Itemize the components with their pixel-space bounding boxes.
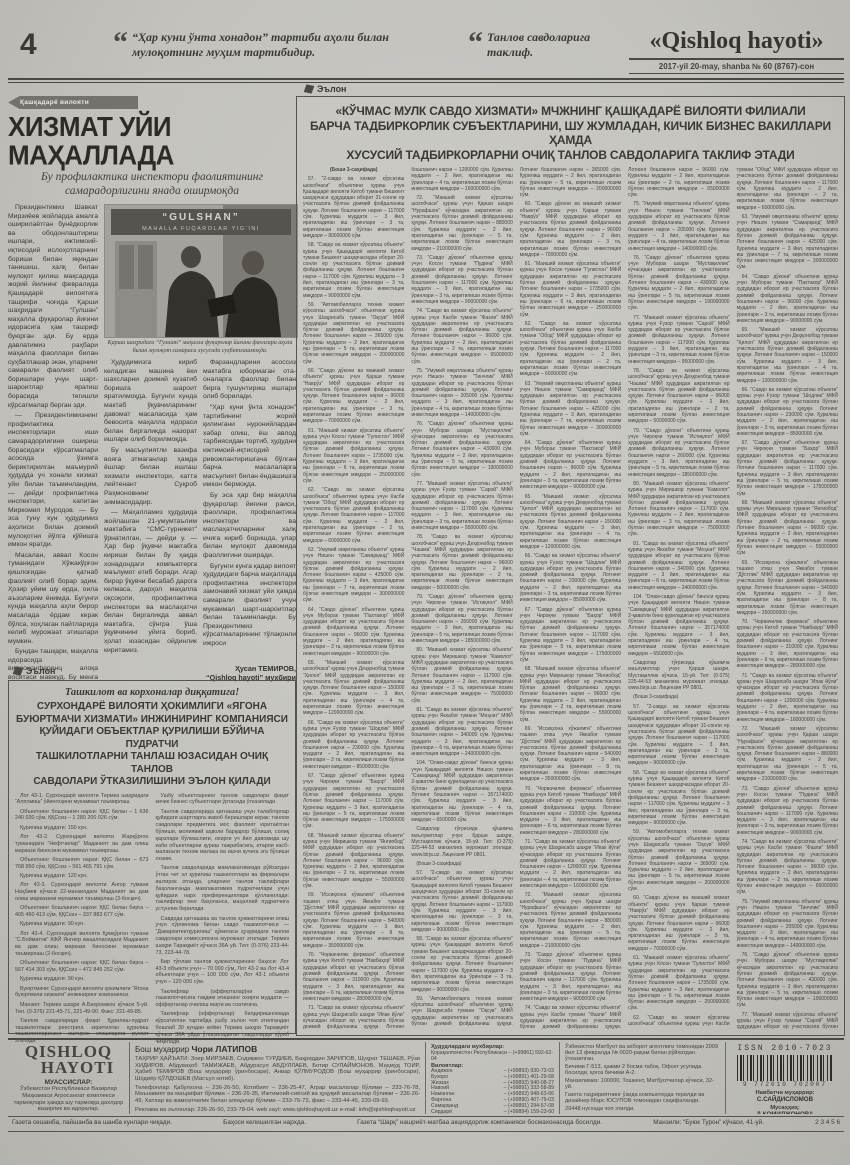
body-paragraph: 62. “Савдо ва хизмат кўрсатиш шохобчаси”…: [303, 487, 404, 544]
masthead: «Qishloq hayoti» 2017-yil 20-may, shanba…: [629, 28, 844, 74]
left-article: Қашқадарё вилояти ХИЗМАТ УЙИ МАҲАЛЛАДА Б…: [8, 96, 296, 662]
body-paragraph: 74. “Савдо ва хизмат кўрсатиш объекти” қ…: [737, 839, 838, 896]
header-rule: [8, 78, 844, 83]
body-paragraph: Лот 43-1. Сурхондарё вилояти Термиз шаҳр…: [15, 793, 149, 807]
body-paragraph: (Боши 3-саҳифада): [411, 861, 512, 867]
body-paragraph: 81. “Савдо ва хизмат кўрсатиш объекти” қ…: [628, 541, 729, 591]
body-paragraph: Танлов савдоларида фақат Қурилиш-пудрат …: [15, 1018, 149, 1045]
page-number: 4: [20, 28, 37, 62]
body-paragraph: 69. “Иссиқхона хўжалиги” объектини ташки…: [737, 560, 838, 617]
article-body: Президентимиз Шавкат Мирзиёев жойларда а…: [8, 204, 296, 682]
region-kicker: Қашқадарё вилояти: [8, 96, 138, 109]
article-subtitle: Бу профилактика инспектори фаолиятининг …: [14, 171, 290, 198]
body-paragraph: 61. “Маиший хизмат кўрсатиш объекти” қур…: [303, 428, 404, 485]
body-paragraph: 76. “Савдо дўкони” объектини қуриш учун …: [628, 255, 729, 312]
body-paragraph: 73. “Савдо дўкони” объектини қуриш учун …: [520, 952, 621, 1002]
body-paragraph: Бу масъулиятли вазифа вояга этмаганлар ҳ…: [104, 447, 197, 507]
barcode-digits: 9 772010 702007: [731, 1081, 839, 1088]
region-row: Сирдарё– (+99894) 159-23-60: [431, 1110, 554, 1114]
tender-title-line-2: БУЮРТМАЧИ ХИЗМАТИ» ИНЖИНИРИНГ КОМПАНИЯСИ: [15, 714, 289, 727]
body-paragraph: 77. “Маиший хизмат кўрсатиш объекти” қур…: [628, 315, 729, 365]
author-name: Ҳусан ТЕМИРОВ,: [104, 664, 296, 673]
tender-notice: Ташкилот ва корхоналар диққатига!: [15, 687, 289, 698]
tender-title-line-5: САВДОЛАРИ ЎТКАЗИЛИШИНИ ЭЪЛОН ҚИЛАДИ: [15, 776, 289, 789]
body-paragraph: 80. “Маиший хизмат кўрсатиш объекти” қур…: [628, 481, 729, 538]
editorial-board: ТАҲРИР ҲАЙЪАТИ: Зоир МИРЗАЕВ, Содиқжон Т…: [135, 1056, 420, 1082]
tender-title-line-1: СУРХОНДАРЁ ВИЛОЯТИ ҲОКИМЛИГИ «ЯГОНА: [15, 701, 289, 714]
body-paragraph: 67. “Савдо дўкони” объектини қуриш учун …: [303, 773, 404, 830]
strip-segment: Манзили: “Буюк Турон” кўчаси, 41-уй.: [649, 1119, 768, 1126]
body-paragraph: 72. “Маиший хизмат кўрсатиш шохобчаси” қ…: [411, 195, 512, 252]
body-paragraph: Ҳудудимизга кириб келадиган машина ёки ш…: [104, 359, 197, 445]
footer-rule: [8, 1038, 844, 1040]
body-paragraph: 60. “Савдо дўкони ва маиший хизмат объек…: [520, 201, 621, 258]
body-paragraph: 66. “Савдо ва хизмат кўрсатиш объекти” қ…: [520, 553, 621, 603]
footer-logo-block: QISHLOQ HAYOTI МУАССИСЛАР: Ўзбекистон Ре…: [8, 1042, 130, 1114]
duty-editor-name: С.САЙДИСЛОМОВ: [731, 1096, 839, 1103]
ads-line: Реклама ва эълонлар: 236-26-50, 233-78-0…: [135, 1107, 255, 1113]
body-paragraph: 72. “Маиший хизмат кўрсатиш шохобчаси” қ…: [520, 892, 621, 949]
body-paragraph: 79. “Савдо дўкони” объектини қуриш учун …: [628, 428, 729, 478]
body-paragraph: Бир тўплам танлов ҳужжатларининг баҳоси:…: [156, 959, 290, 986]
publication-info-line: 29448 нусхада чоп этилди.: [565, 1106, 720, 1112]
body-paragraph: Ушбу объектларнинг танлов савдолари фақа…: [156, 793, 290, 807]
body-paragraph: Қурилиш муддати: 90 кун.: [15, 976, 149, 983]
body-paragraph: 68. “Маиший хизмат кўрсатиш объекти” қур…: [520, 666, 621, 723]
auction-announcement-box: «КЎЧМАС МУЛК САВДО ХИЗМАТИ» МЧЖНИНГ ҚАШҚ…: [296, 96, 845, 1036]
header-quote-2: “ Танлов савдоларига таклиф.: [468, 30, 638, 60]
body-paragraph: Масалан, аввал Косон туманидаги Хўжакўрғ…: [8, 552, 98, 647]
body-paragraph: Буюртмачи: Сурхондарё вилояти ҳокимлиги …: [15, 986, 149, 1000]
body-paragraph: 57. “2-савдо ва хизмат кўрсатиш шохобчас…: [303, 176, 404, 239]
body-paragraph: 70. “Чорвачилик фермаси” объектини қуриш…: [303, 952, 404, 1002]
body-paragraph: 73. “Савдо дўкони” объектини қуриш учун …: [737, 786, 838, 836]
body-paragraph: Танлов савдоларида мамлакатимизда рўйхат…: [156, 865, 290, 913]
auction-title-line-2: БАРЧА ТАДБИРКОРЛИК СУБЪЕКТЛАРИНИ, ШУ ЖУМ…: [303, 119, 838, 148]
body-paragraph: 62. “Савдо ва хизмат кўрсатиш шохобчаси”…: [520, 321, 621, 378]
body-paragraph: Лот 43-3. Сурхондарё вилояти Ангор туман…: [15, 882, 149, 902]
body-paragraph: 63. “Умумий овқатланиш объекти” қуриш уч…: [737, 214, 838, 271]
tender-lot-columns: Лот 43-1. Сурхондарё вилояти Термиз шаҳр…: [15, 793, 289, 1051]
body-paragraph: Савдолар тўғрисида қўшимча маълумотлар у…: [411, 826, 512, 857]
body-paragraph: 64. “Савдо дўкони” объектини қуриш учун …: [737, 274, 838, 324]
body-paragraph: 104. “Олам-савдо дўкони” биноси қуриш уч…: [628, 594, 729, 657]
editor-line: Бош муҳаррир Чори ЛАТИПОВ: [135, 1044, 420, 1054]
issn-number: ISSN 2010-7023: [731, 1044, 839, 1053]
elon-icon: [13, 666, 24, 675]
body-paragraph: “Ҳар куни ўнта хонадон” тартибининг жори…: [203, 404, 296, 490]
body-paragraph: 70. “Чорвачилик фермаси” объектини қуриш…: [737, 619, 838, 669]
body-paragraph: 78. “Савдо ва хизмат кўрсатиш шохобчаси”…: [411, 534, 512, 591]
newspaper-logo: HAYOTI: [31, 1060, 124, 1076]
body-paragraph: — Президентимизнинг профилактика инспект…: [8, 412, 98, 550]
auction-title-line-1: «КЎЧМАС МУЛК САВДО ХИЗМАТИ» МЧЖНИНГ ҚАШҚ…: [303, 104, 838, 119]
founders-label: МУАССИСЛАР:: [13, 1079, 124, 1086]
publication-info-line: Ўзбекистон Матбуот ва ахборот агентлиги …: [565, 1044, 720, 1063]
body-paragraph: Савдода қатнашиш ва танлов ҳужжатларини …: [156, 916, 290, 957]
strip-segment: Газета сешанба, пайшанба ва шанба кунлар…: [8, 1119, 176, 1126]
newspaper-page: 4 “ “Ҳар куни ўнта хонадон” тартиби аҳол…: [0, 0, 850, 1165]
body-paragraph: 58. “Савдо ва хизмат кўрсатиш объекти” қ…: [303, 242, 404, 299]
body-paragraph: (Боши 3-саҳифада): [303, 167, 404, 173]
edition-info: 2017-yil 20-may, shanba № 60 (8767)-сон: [629, 60, 844, 74]
photo-illustration: “GULSHAN” MAHALLA FUQAROLAR YIG‘INI: [105, 205, 297, 337]
strip-segment: Баҳоси келишилган нархда.: [219, 1119, 310, 1126]
tender-announcement-box: Ташкилот ва корхоналар диққатига! СУРХОН…: [8, 680, 296, 1034]
body-paragraph: Қурилиш муддати: 120 кун.: [15, 873, 149, 880]
body-paragraph: 59. “Автомобилларга техник хизмат кўрсат…: [628, 829, 729, 892]
body-paragraph: Президентимиз Шавкат Мирзиёев жойларда а…: [8, 204, 98, 410]
body-paragraph: 75. “Умумий овқатланиш объекти” қуриш уч…: [411, 368, 512, 418]
article-columns-2-3: Ҳудудимизга кириб келадиган машина ёки ш…: [104, 359, 296, 661]
body-paragraph: Таклифлар (офферталар)ни савдо ташкилотч…: [156, 989, 290, 1009]
publication-info-line: Манзилимиз: 100000, Тошкент, Матбуотчила…: [565, 1078, 720, 1090]
body-paragraph: 71. “Савдо ва хизмат кўрсатиш объекти” қ…: [737, 673, 838, 723]
body-paragraph: 60. “Савдо дўкони ва маиший хизмат объек…: [628, 895, 729, 952]
body-paragraph: 68. “Маиший хизмат кўрсатиш объекти” қур…: [737, 500, 838, 557]
barcode: [737, 1055, 833, 1081]
editor-name: Чори ЛАТИПОВ: [191, 1044, 257, 1054]
elon-label-left: Эълон: [14, 666, 56, 676]
auction-title-line-3: ХУСУСИЙ ТАДБИРКОРЛАРНИ ОЧИҚ ТАНЛОВ САВДО…: [303, 148, 838, 163]
quote-mark-icon: “: [113, 30, 128, 60]
photo-sign-line-1: “GULSHAN”: [162, 212, 239, 223]
strip-segment: 2 3 4 5 6: [811, 1119, 844, 1126]
body-paragraph: Таклифлар (офферталар) билдиришномада кў…: [156, 1011, 290, 1045]
page-header: 4 “ “Ҳар куни ўнта хонадон” тартиби аҳол…: [8, 28, 844, 76]
auction-lot-columns: (Боши 3-саҳифада)57. “2-савдо ва хизмат …: [303, 167, 838, 1033]
tender-title-line-3: ҚУЙИДАГИ ОБЪЕКТЛАР ҚУРИЛИШИ БЎЙИЧА ПУДРА…: [15, 726, 289, 751]
founders-text: Ўзбекистон Республикаси Вазирлар Маҳкама…: [13, 1086, 124, 1113]
body-paragraph: 57. “2-савдо ва хизмат кўрсатиш шохобчас…: [411, 870, 512, 933]
header-quote-1-text: “Ҳар куни ўнта хонадон” тартиби аҳоли би…: [132, 30, 453, 60]
body-paragraph: 66. “Савдо ва хизмат кўрсатиш объекти” қ…: [737, 387, 838, 437]
body-paragraph: 71. “Савдо ва хизмат кўрсатиш объекти” қ…: [520, 839, 621, 889]
body-paragraph: 64. “Савдо дўкони” объектини қуриш учун …: [520, 440, 621, 490]
website-link[interactable]: web sayt: www.qishloqhayoti.uz: [257, 1107, 339, 1113]
article-headline: ХИЗМАТ УЙИ МАҲАЛЛАДА: [8, 113, 296, 170]
body-paragraph: 78. “Савдо ва хизмат кўрсатиш шохобчаси”…: [628, 368, 729, 425]
article-column-1: Президентимиз Шавкат Мирзиёев жойларда а…: [8, 204, 98, 682]
body-paragraph: 76. “Савдо дўкони” объектини қуриш учун …: [737, 952, 838, 1009]
footer-regions-block: Ҳудудлардаги мухбирлар: Қорақалпоғистон …: [426, 1042, 560, 1114]
header-quote-2-text: Танлов савдоларига таклиф.: [487, 30, 638, 60]
body-paragraph: 64. “Савдо дўкони” объектини қуриш учун …: [303, 607, 404, 657]
body-paragraph: 69. “Иссиқхона хўжалиги” объектини ташки…: [520, 726, 621, 783]
karakalpak-line: Қорақалпоғистон Республикаси – (+99861) …: [431, 1050, 554, 1062]
body-paragraph: Манзил: Термиз шаҳри А.Бахромжон кўчаси …: [15, 1002, 149, 1016]
body-paragraph: 63. “Умумий овқатланиш объекти” қуриш уч…: [303, 547, 404, 604]
body-paragraph: 58. “Савдо ва хизмат кўрсатиш объекти” қ…: [411, 936, 512, 993]
body-paragraph: Қурилиш муддати: 150 кун.: [15, 825, 149, 832]
body-paragraph: Объектнинг бошланғич нархи: ҚҚС билан би…: [15, 960, 149, 974]
strip-segment: Газета “Шарқ” нашриёт-матбаа акциядорлик…: [353, 1119, 606, 1126]
editor-label: Бош муҳаррир: [135, 1045, 189, 1054]
kicker-label: Қашқадарё вилояти: [20, 99, 89, 106]
footer-issn-block: ISSN 2010-7023 9 772010 702007 Навбатчи …: [726, 1042, 844, 1114]
body-paragraph: 67. “Савдо дўкони” объектини қуриш учун …: [737, 440, 838, 497]
proofreader-name: Д.КОМИЛЖОНОВА: [731, 1111, 839, 1114]
body-paragraph: Лот 43-2. Сурхондарё вилояти Жарқўрғон т…: [15, 834, 149, 854]
body-paragraph: — Маҳалламиз ҳудудида жойлашган 21-умумт…: [104, 509, 197, 655]
body-paragraph: Танлов савдоларида қатнашиш учун талабго…: [156, 809, 290, 863]
tender-title-line-4: ТАШКИЛОТЛАРНИ ТАНЛАШ ЮЗАСИДАН ОЧИҚ ТАНЛО…: [15, 751, 289, 776]
body-paragraph: Бу эса ҳар бир маҳалла фуқаролар йиғини …: [203, 492, 296, 561]
strip-rule-top: [8, 1116, 844, 1117]
body-paragraph: 61. “Маиший хизмат кўрсатиш объекти” қур…: [520, 261, 621, 318]
body-paragraph: 58. “Савдо ва хизмат кўрсатиш объекти” қ…: [628, 770, 729, 827]
body-paragraph: (Боши 3-саҳифада): [628, 694, 729, 700]
elon-label-text: Эълон: [26, 666, 56, 676]
body-paragraph: 72. “Маиший хизмат кўрсатиш шохобчаси” қ…: [737, 726, 838, 783]
body-paragraph: 81. “Савдо ва хизмат кўрсатиш объекти” қ…: [411, 707, 512, 757]
body-paragraph: 63. “Умумий овқатланиш объекти” қуриш уч…: [520, 381, 621, 438]
body-paragraph: Фарзандларини асоссиз мактабга юбормаган…: [203, 359, 296, 402]
elon-label-text: Эълон: [317, 84, 347, 94]
phone-list: Телефонлар: Қабулхона – 236-26-50, Котиб…: [135, 1085, 420, 1105]
body-paragraph: 74. “Савдо ва хизмат кўрсатиш объекти” қ…: [411, 308, 512, 365]
body-paragraph: 60. “Савдо дўкони ва маиший хизмат объек…: [303, 368, 404, 425]
body-paragraph: Савдолар тўғрисида қўшимча маълумотлар у…: [628, 660, 729, 691]
body-paragraph: 79. “Савдо дўкони” объектини қуриш учун …: [411, 594, 512, 644]
body-paragraph: 104. “Олам-савдо дўкони” биноси қуриш уч…: [411, 760, 512, 823]
body-paragraph: 59. “Автомобилларга техник хизмат кўрсат…: [303, 302, 404, 365]
body-paragraph: 75. “Умумий овқатланиш объекти” қуриш уч…: [737, 899, 838, 949]
body-paragraph: 73. “Савдо дўкони” объектини қуриш учун …: [411, 255, 512, 305]
body-paragraph: Объектнинг бошланғич нархи: ҚҚС билан – …: [15, 809, 149, 823]
email-link[interactable]: e-mail: info@qishloqhayoti.uz: [340, 1107, 416, 1113]
footer-editorial-block: Бош муҳаррир Чори ЛАТИПОВ ТАҲРИР ҲАЙЪАТИ…: [130, 1042, 426, 1114]
article-photo: “GULSHAN” MAHALLA FUQAROLAR YIG‘INI: [104, 204, 298, 338]
photo-caption: Қарши шаҳридаги “Гулшан” маҳалла фуқарол…: [104, 340, 296, 355]
footer: QISHLOQ HAYOTI МУАССИСЛАР: Ўзбекистон Ре…: [8, 1042, 844, 1114]
publication-info-line: Газета таҳририятнинг ўзида компьютерда т…: [565, 1092, 720, 1104]
masthead-title: «Qishloq hayoti»: [629, 28, 844, 60]
body-paragraph: 80. “Маиший хизмат кўрсатиш объекти” қур…: [411, 647, 512, 704]
body-paragraph: 66. “Савдо ва хизмат кўрсатиш объекти” қ…: [303, 720, 404, 770]
ads-contacts: Реклама ва эълонлар: 236-26-50, 233-78-0…: [135, 1107, 420, 1114]
strip-rule-bottom: [8, 1131, 844, 1132]
body-paragraph: 69. “Иссиқхона хўжалиги” объектини ташки…: [303, 892, 404, 949]
header-quote-1: “ “Ҳар куни ўнта хонадон” тартиби аҳоли …: [113, 30, 453, 60]
body-paragraph: 77. “Маиший хизмат кўрсатиш объекти” қур…: [411, 481, 512, 531]
body-paragraph: Лот 43-4. Сурхондарё вилояти Қумқўрғон т…: [15, 931, 149, 958]
publication-info-line: Бичими Г-513, ҳажми 2 босма табоқ. Офсет…: [565, 1064, 720, 1076]
body-paragraph: 67. “Савдо дўкони” объектини қуриш учун …: [520, 607, 621, 664]
body-paragraph: Объектнинг бошланғич нархи: ҚҚС билан – …: [15, 857, 149, 871]
tender-title: СУРХОНДАРЁ ВИЛОЯТИ ҲОКИМЛИГИ «ЯГОНА БУЮР…: [15, 701, 289, 789]
body-paragraph: 65. “Маиший хизмат кўрсатиш шохобчаси” қ…: [737, 327, 838, 384]
body-paragraph: Объектнинг бошланғич нархи: ҚҚС билан би…: [15, 905, 149, 919]
body-paragraph: 70. “Чорвачилик фермаси” объектини қуриш…: [520, 786, 621, 836]
body-paragraph: 61. “Маиший хизмат кўрсатиш объекти” қур…: [628, 955, 729, 1012]
body-paragraph: 68. “Маиший хизмат кўрсатиш объекти” қур…: [303, 833, 404, 890]
body-paragraph: 65. “Маиший хизмат кўрсатиш шохобчаси” қ…: [303, 660, 404, 717]
body-paragraph: 76. “Савдо дўкони” объектини қуриш учун …: [411, 421, 512, 478]
article-right-zone: “GULSHAN” MAHALLA FUQAROLAR YIG‘INI Қарш…: [104, 204, 296, 682]
elon-label-top: Эълон: [305, 84, 347, 94]
body-paragraph: 57. “2-савдо ва хизмат кўрсатиш шохобчас…: [628, 704, 729, 767]
body-paragraph: Қурилиш муддати: 90 кун.: [15, 921, 149, 928]
photo-sign-line-2: MAHALLA FUQAROLAR YIG‘INI: [142, 226, 260, 232]
body-paragraph: 65. “Маиший хизмат кўрсатиш шохобчаси” қ…: [520, 494, 621, 551]
body-paragraph: 75. “Умумий овқатланиш объекти” қуриш уч…: [628, 201, 729, 251]
quote-mark-icon: “: [468, 30, 483, 60]
elon-icon: [304, 84, 315, 93]
auction-title: «КЎЧМАС МУЛК САВДО ХИЗМАТИ» МЧЖНИНГ ҚАШҚ…: [303, 104, 838, 162]
bottom-strip: Газета сешанба, пайшанба ва шанба кунлар…: [8, 1119, 844, 1126]
footer-publication-block: Ўзбекистон Матбуот ва ахборот агентлиги …: [560, 1042, 726, 1114]
regions-list: Андижон– (+99893) 930-73-03Бухоро– (+998…: [431, 1069, 554, 1114]
